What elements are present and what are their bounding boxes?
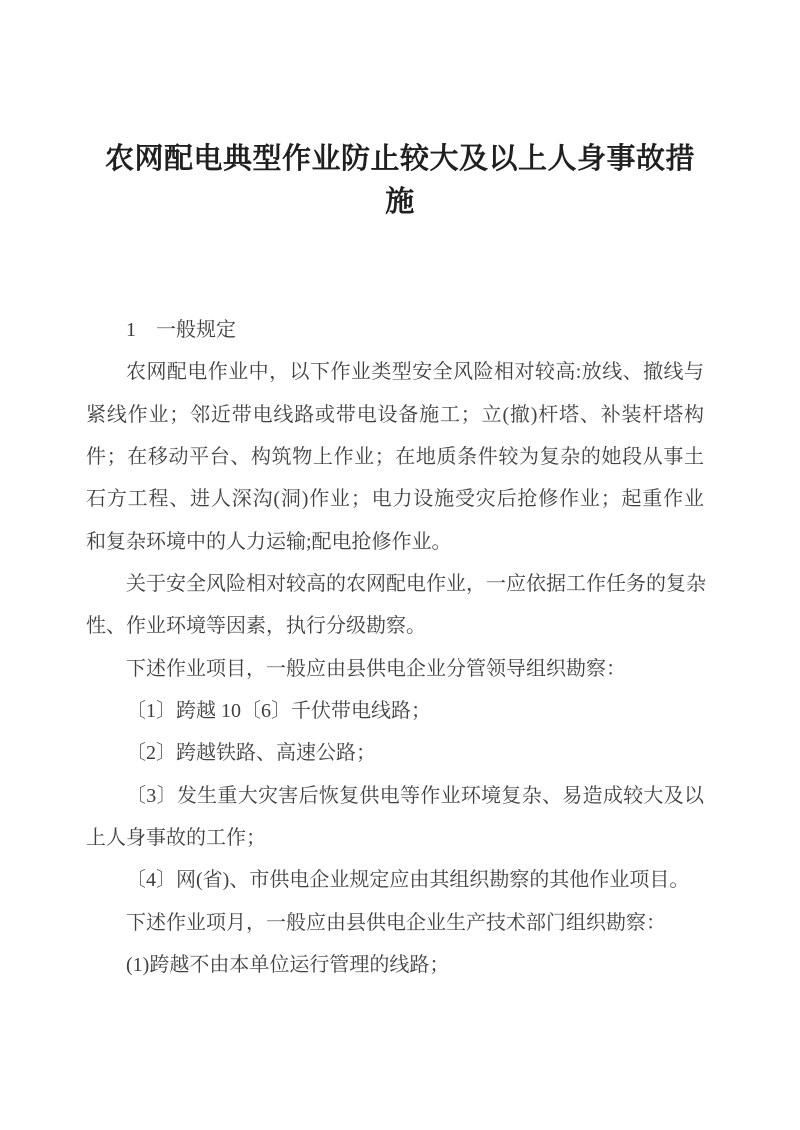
list-item-2: 〔2〕跨越铁路、高速公路； [86,732,704,774]
paragraph-line: 石方工程、进人深沟(洞)作业；电力设施受灾后抢修作业；起重作业 [86,478,704,520]
paragraph-line: 性、作业环境等因素，执行分级勘察。 [86,605,704,647]
section-heading-general-provisions: 1 一般规定 [86,309,704,351]
paragraph-line: 和复杂环境中的人力运输;配电抢修作业。 [86,521,704,563]
paragraph-line: 件；在移动平台、构筑物上作业；在地质条件较为复杂的她段从事土 [86,436,704,478]
paragraph-line: 下述作业项目，一般应由县供电企业分管领导组织勘察： [86,648,704,690]
list-item-3: 〔3〕发生重大灾害后恢复供电等作业环境复杂、易造成较大及以 [86,775,704,817]
list-item-alt-1: (1)跨越不由本单位运行管理的线路； [86,944,704,986]
list-item-3-continued: 上人身事故的工作； [86,817,704,859]
paragraph-line: 农网配电作业中，以下作业类型安全风险相对较高:放线、撤线与 [86,351,704,393]
paragraph-line: 紧线作业；邻近带电线路或带电设备施工；立(撤)杆塔、补装杆塔构 [86,394,704,436]
document-title-line-1: 农网配电典型作业防止较大及以上人身事故措 [0,138,800,181]
document-title: 农网配电典型作业防止较大及以上人身事故措 施 [0,138,800,224]
list-item-1: 〔1〕跨越 10〔6〕千伏带电线路； [86,690,704,732]
document-title-line-2: 施 [0,181,800,224]
document-page: 农网配电典型作业防止较大及以上人身事故措 施 1 一般规定 农网配电作业中，以下… [0,0,800,1130]
paragraph-line: 下述作业项月，一般应由县供电企业生产技术部门组织勘察： [86,902,704,944]
document-body: 1 一般规定 农网配电作业中，以下作业类型安全风险相对较高:放线、撤线与 紧线作… [86,309,704,986]
list-item-4: 〔4〕网(省)、市供电企业规定应由其组织勘察的其他作业项目。 [86,859,704,901]
paragraph-line: 关于安全风险相对较高的农网配电作业，一应依据工作任务的复杂 [86,563,704,605]
